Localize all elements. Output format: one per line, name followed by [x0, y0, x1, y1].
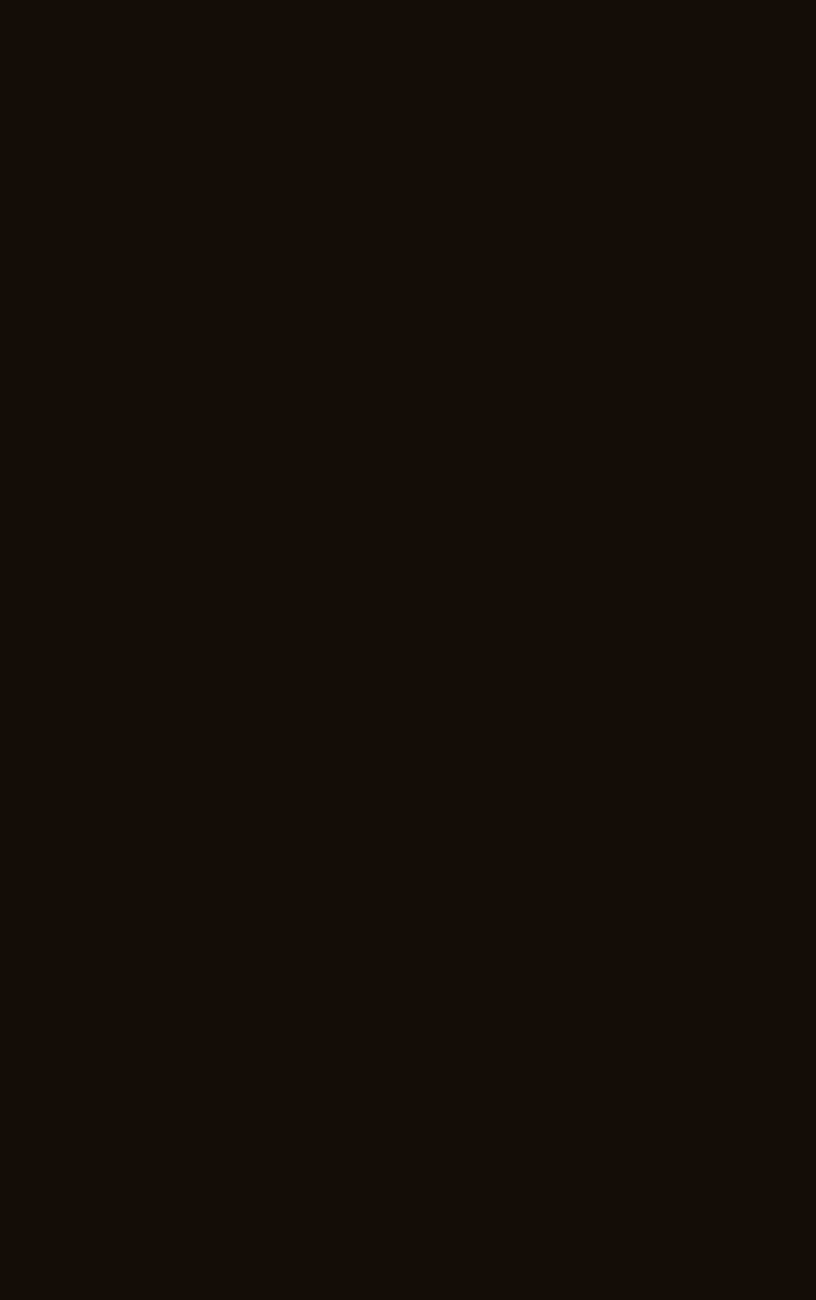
scan-bottom-background: [0, 0, 816, 1300]
manuscript-scan: 62 tenor como p.r ella se previene. El S…: [0, 0, 816, 1300]
